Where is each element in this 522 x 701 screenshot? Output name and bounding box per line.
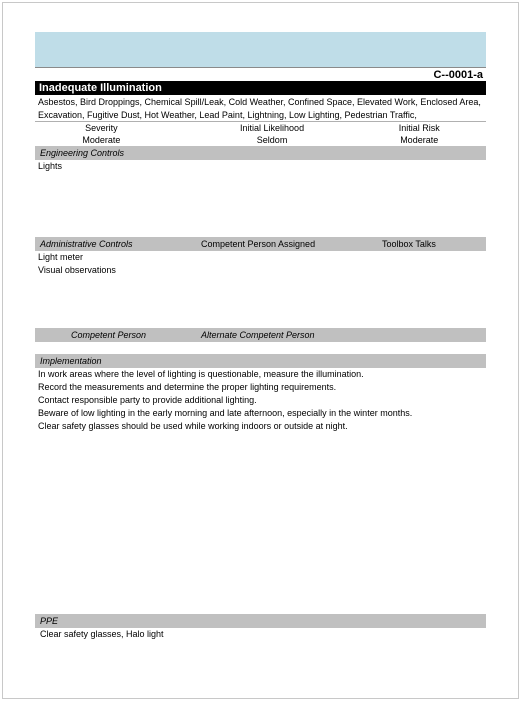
hazard-title: Inadequate Illumination [35,82,162,94]
ppe-item: Clear safety glasses, Halo light [40,628,164,641]
administrative-control-item: Light meter [38,251,83,264]
administrative-controls-header: Administrative Controls Competent Person… [35,237,486,251]
hazard-list: Asbestos, Bird Droppings, Chemical Spill… [38,96,486,122]
initial-risk-value: Moderate [352,134,486,146]
likelihood-label: Initial Likelihood [206,122,339,134]
alternate-competent-person-label: Alternate Competent Person [201,328,315,342]
likelihood-value: Seldom [206,134,339,146]
engineering-controls-header: Engineering Controls [35,146,486,160]
header-banner [35,32,486,67]
administrative-controls-label: Administrative Controls [40,237,133,251]
engineering-control-item: Lights [38,160,62,173]
implementation-item: Beware of low lighting in the early morn… [38,407,412,420]
risk-values: Moderate Seldom Moderate [35,134,486,146]
implementation-item: Record the measurements and determine th… [38,381,336,394]
hazard-title-bar: Inadequate Illumination [35,81,486,95]
competent-person-header: Competent Person Alternate Competent Per… [35,328,486,342]
implementation-item: Clear safety glasses should be used whil… [38,420,348,433]
header-rule [35,67,486,68]
implementation-item: In work areas where the level of lightin… [38,368,364,381]
toolbox-talks-label: Toolbox Talks [382,237,436,251]
severity-label: Severity [35,122,168,134]
implementation-header: Implementation [35,354,486,368]
implementation-label: Implementation [35,356,102,366]
initial-risk-label: Initial Risk [352,122,486,134]
competent-person-assigned-label: Competent Person Assigned [201,237,315,251]
competent-person-label: Competent Person [71,328,146,342]
ppe-label: PPE [35,616,58,626]
risk-headers: Severity Initial Likelihood Initial Risk [35,122,486,134]
document-code: C--0001-a [35,69,483,81]
ppe-header: PPE [35,614,486,628]
engineering-controls-label: Engineering Controls [35,148,124,158]
implementation-item: Contact responsible party to provide add… [38,394,257,407]
administrative-control-item: Visual observations [38,264,116,277]
severity-value: Moderate [35,134,168,146]
